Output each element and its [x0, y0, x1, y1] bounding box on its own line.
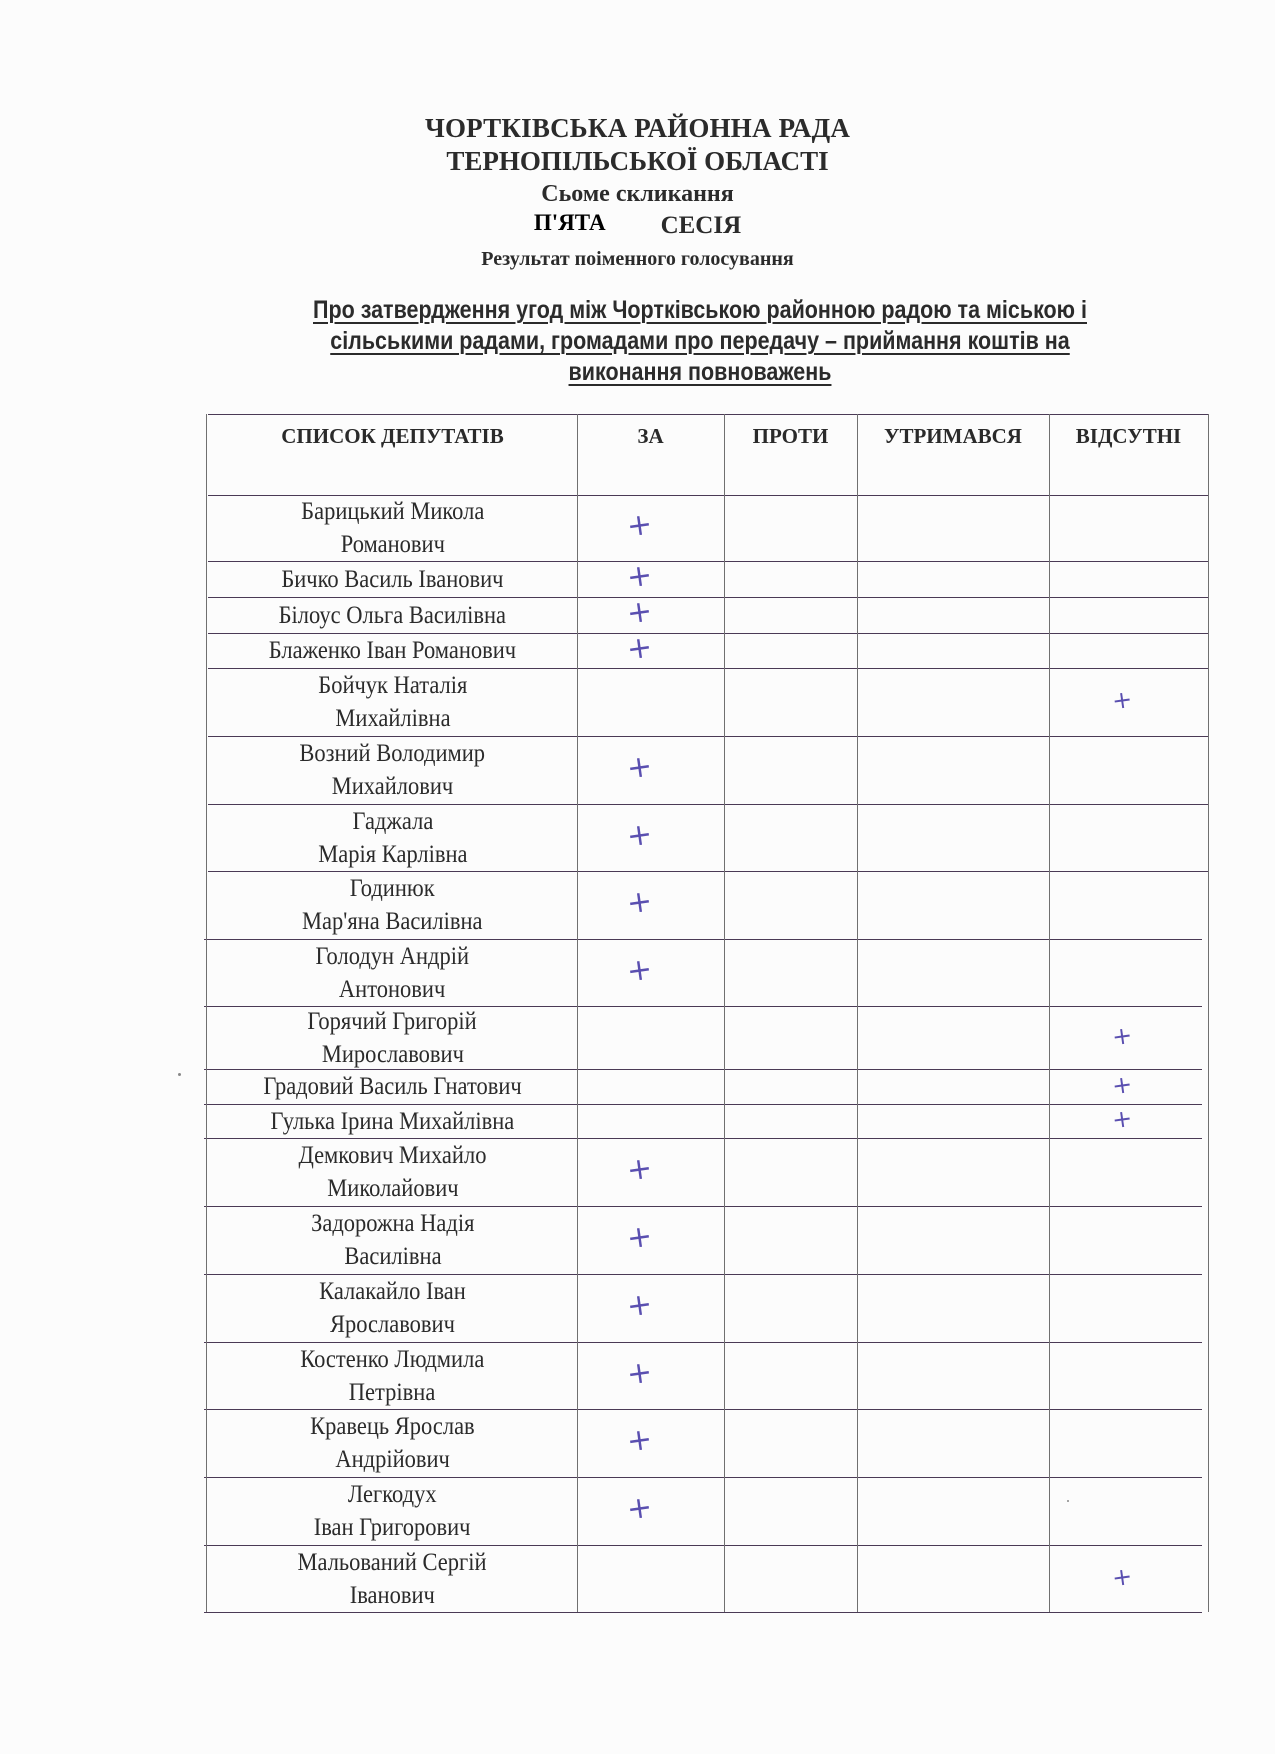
col-absent-cell — [1049, 1206, 1208, 1274]
deputy-name: ГаджалаМарія Карлівна — [208, 804, 577, 871]
col-absent-cell — [1049, 1477, 1208, 1545]
col-abstained-cell — [857, 1342, 1049, 1409]
deputy-name-line: Михайлович — [332, 770, 454, 803]
deputy-name-line: Михайлівна — [335, 702, 450, 735]
vote-mark-icon: + — [1110, 684, 1134, 717]
col-absent-cell — [1049, 597, 1208, 633]
vote-mark-icon: + — [625, 1492, 654, 1525]
col-abstained-cell — [857, 1409, 1049, 1477]
col-absent-cell — [1049, 633, 1208, 668]
deputy-name-line: Барицький Микола — [301, 495, 484, 528]
vote-mark-icon: + — [625, 954, 654, 987]
col-against-cell — [724, 1274, 857, 1342]
col-for-header: ЗА — [577, 424, 724, 449]
deputy-name-line: Миколайович — [327, 1172, 458, 1205]
col-abstained-cell — [857, 1069, 1049, 1104]
col-against-cell — [724, 804, 857, 871]
col-absent-header: ВІДСУТНІ — [1049, 424, 1208, 449]
col-against-cell — [724, 1342, 857, 1409]
deputy-name-line: Андрійович — [335, 1443, 450, 1476]
deputy-name: Градовий Василь Гнатович — [208, 1069, 577, 1104]
deputy-name-line: Бичко Василь Іванович — [281, 563, 503, 596]
col-absent-cell — [1049, 1274, 1208, 1342]
vote-mark-icon: + — [625, 1221, 654, 1254]
deputy-name-line: Мальований Сергій — [298, 1546, 487, 1579]
deputy-name-line: Градовий Василь Гнатович — [263, 1070, 521, 1103]
col-abstained-cell — [857, 561, 1049, 597]
col-against-cell — [724, 561, 857, 597]
deputy-name: Мальований СергійІванович — [208, 1545, 577, 1612]
deputy-name-line: Антонович — [339, 973, 445, 1006]
vote-mark-icon: + — [1110, 1019, 1134, 1052]
col-abstained-cell — [857, 597, 1049, 633]
col-against-cell — [724, 871, 857, 939]
col-deputies-header: СПИСОК ДЕПУТАТІВ — [208, 424, 577, 449]
deputy-name: Кравець ЯрославАндрійович — [208, 1409, 577, 1477]
deputy-name-line: Мирославович — [321, 1038, 463, 1071]
vote-mark-icon: + — [625, 560, 654, 593]
deputy-name-line: Демкович Михайло — [298, 1139, 486, 1172]
vote-mark-icon: + — [625, 1357, 654, 1390]
deputy-name-line: Калакайло Іван — [319, 1275, 466, 1308]
vote-mark-icon: + — [625, 632, 654, 665]
deputy-name-line: Горячий Григорій — [308, 1005, 477, 1038]
deputy-name-line: Кравець Ярослав — [310, 1410, 475, 1443]
deputy-name-line: Василівна — [344, 1240, 441, 1273]
vote-mark-icon: + — [625, 751, 654, 784]
col-against-header: ПРОТИ — [724, 424, 857, 449]
col-against-cell — [724, 1006, 857, 1069]
table-rule — [208, 414, 1208, 415]
deputy-name: Барицький МиколаРоманович — [208, 495, 577, 561]
col-for-cell — [577, 668, 724, 736]
deputy-name: ЛегкодухІван Григорович — [208, 1477, 577, 1545]
deputy-name-line: Задорожна Надія — [311, 1207, 474, 1240]
col-abstained-cell — [857, 804, 1049, 871]
scan-speck — [178, 1073, 181, 1076]
col-absent-cell — [1049, 939, 1208, 1006]
col-against-cell — [724, 597, 857, 633]
col-against-cell — [724, 495, 857, 561]
col-against-cell — [724, 939, 857, 1006]
vote-mark-icon: + — [1110, 1560, 1134, 1593]
col-against-cell — [724, 1104, 857, 1138]
vote-mark-icon: + — [625, 509, 654, 542]
deputy-name-line: Білоус Ольга Василівна — [279, 599, 506, 632]
col-absent-cell — [1049, 561, 1208, 597]
vote-mark-icon: + — [625, 1289, 654, 1322]
col-absent-cell — [1049, 1409, 1208, 1477]
deputy-name-line: Іван Григорович — [314, 1511, 471, 1544]
deputy-name-line: Возний Володимир — [300, 737, 486, 770]
vote-mark-icon: + — [625, 819, 654, 852]
deputy-name-line: Бойчук Наталія — [318, 669, 467, 702]
vote-mark-icon: + — [625, 596, 654, 629]
vote-mark-icon: + — [625, 886, 654, 919]
col-against-cell — [724, 736, 857, 804]
col-absent-cell — [1049, 804, 1208, 871]
col-for-cell — [577, 1069, 724, 1104]
col-abstained-cell — [857, 736, 1049, 804]
col-absent-cell — [1049, 1138, 1208, 1206]
vote-mark-icon: + — [625, 1153, 654, 1186]
deputy-name-line: Петрівна — [349, 1376, 435, 1409]
col-abstained-cell — [857, 1545, 1049, 1612]
col-absent-cell — [1049, 1342, 1208, 1409]
deputy-name-line: Ярославович — [330, 1308, 455, 1341]
deputy-name-line: Мар'яна Василівна — [302, 905, 482, 938]
col-for-cell — [577, 1545, 724, 1612]
col-against-cell — [724, 1409, 857, 1477]
deputy-name: Калакайло ІванЯрославович — [208, 1274, 577, 1342]
table-column-rule — [1208, 414, 1209, 1612]
deputy-name: Возний ВолодимирМихайлович — [208, 736, 577, 804]
col-against-cell — [724, 1545, 857, 1612]
col-abstained-cell — [857, 1274, 1049, 1342]
deputy-name-line: Іванович — [350, 1579, 435, 1612]
col-against-cell — [724, 1206, 857, 1274]
deputy-name: Бойчук НаталіяМихайлівна — [208, 668, 577, 736]
col-abstained-cell — [857, 1104, 1049, 1138]
col-against-cell — [724, 1477, 857, 1545]
col-against-cell — [724, 668, 857, 736]
deputy-name: Задорожна НадіяВасилівна — [208, 1206, 577, 1274]
deputy-name-line: Костенко Людмила — [300, 1343, 484, 1376]
deputy-name-line: Годинюк — [350, 872, 435, 905]
col-for-cell — [577, 1104, 724, 1138]
col-abstained-cell — [857, 1006, 1049, 1069]
deputy-name: Костенко ЛюдмилаПетрівна — [208, 1342, 577, 1409]
scan-speck — [1067, 1500, 1069, 1502]
col-abstained-cell — [857, 1138, 1049, 1206]
deputy-name: ГодинюкМар'яна Василівна — [208, 871, 577, 939]
col-abstained-cell — [857, 1477, 1049, 1545]
col-against-cell — [724, 1069, 857, 1104]
vote-mark-icon: + — [1110, 1103, 1134, 1136]
deputy-name: Голодун АндрійАнтонович — [208, 939, 577, 1006]
table-rule — [204, 1612, 1202, 1613]
deputy-name: Горячий ГригорійМирославович — [208, 1006, 577, 1069]
col-absent-cell — [1049, 871, 1208, 939]
voting-table: СПИСОК ДЕПУТАТІВЗАПРОТИУТРИМАВСЯВІДСУТНІ… — [0, 0, 1275, 1754]
deputy-name: Демкович МихайлоМиколайович — [208, 1138, 577, 1206]
col-abstained-cell — [857, 939, 1049, 1006]
col-against-cell — [724, 1138, 857, 1206]
deputy-name: Бичко Василь Іванович — [208, 561, 577, 597]
deputy-name: Гулька Ірина Михайлівна — [208, 1104, 577, 1138]
col-abstained-cell — [857, 1206, 1049, 1274]
col-for-cell — [577, 1006, 724, 1069]
deputy-name-line: Гаджала — [352, 805, 433, 838]
deputy-name-line: Романович — [340, 528, 444, 561]
col-absent-cell — [1049, 736, 1208, 804]
deputy-name-line: Голодун Андрій — [316, 940, 469, 973]
col-abstained-cell — [857, 633, 1049, 668]
deputy-name: Білоус Ольга Василівна — [208, 597, 577, 633]
col-abstained-cell — [857, 668, 1049, 736]
vote-mark-icon: + — [625, 1424, 654, 1457]
deputy-name-line: Легкодух — [348, 1478, 437, 1511]
vote-mark-icon: + — [1110, 1068, 1134, 1101]
deputy-name-line: Блаженко Іван Романович — [269, 634, 516, 667]
col-abstained-cell — [857, 871, 1049, 939]
col-abstained-header: УТРИМАВСЯ — [857, 424, 1049, 449]
deputy-name-line: Марія Карлівна — [318, 838, 467, 871]
deputy-name: Блаженко Іван Романович — [208, 633, 577, 668]
col-abstained-cell — [857, 495, 1049, 561]
col-against-cell — [724, 633, 857, 668]
deputy-name-line: Гулька Ірина Михайлівна — [271, 1105, 515, 1138]
table-column-rule — [206, 414, 207, 1612]
col-absent-cell — [1049, 495, 1208, 561]
